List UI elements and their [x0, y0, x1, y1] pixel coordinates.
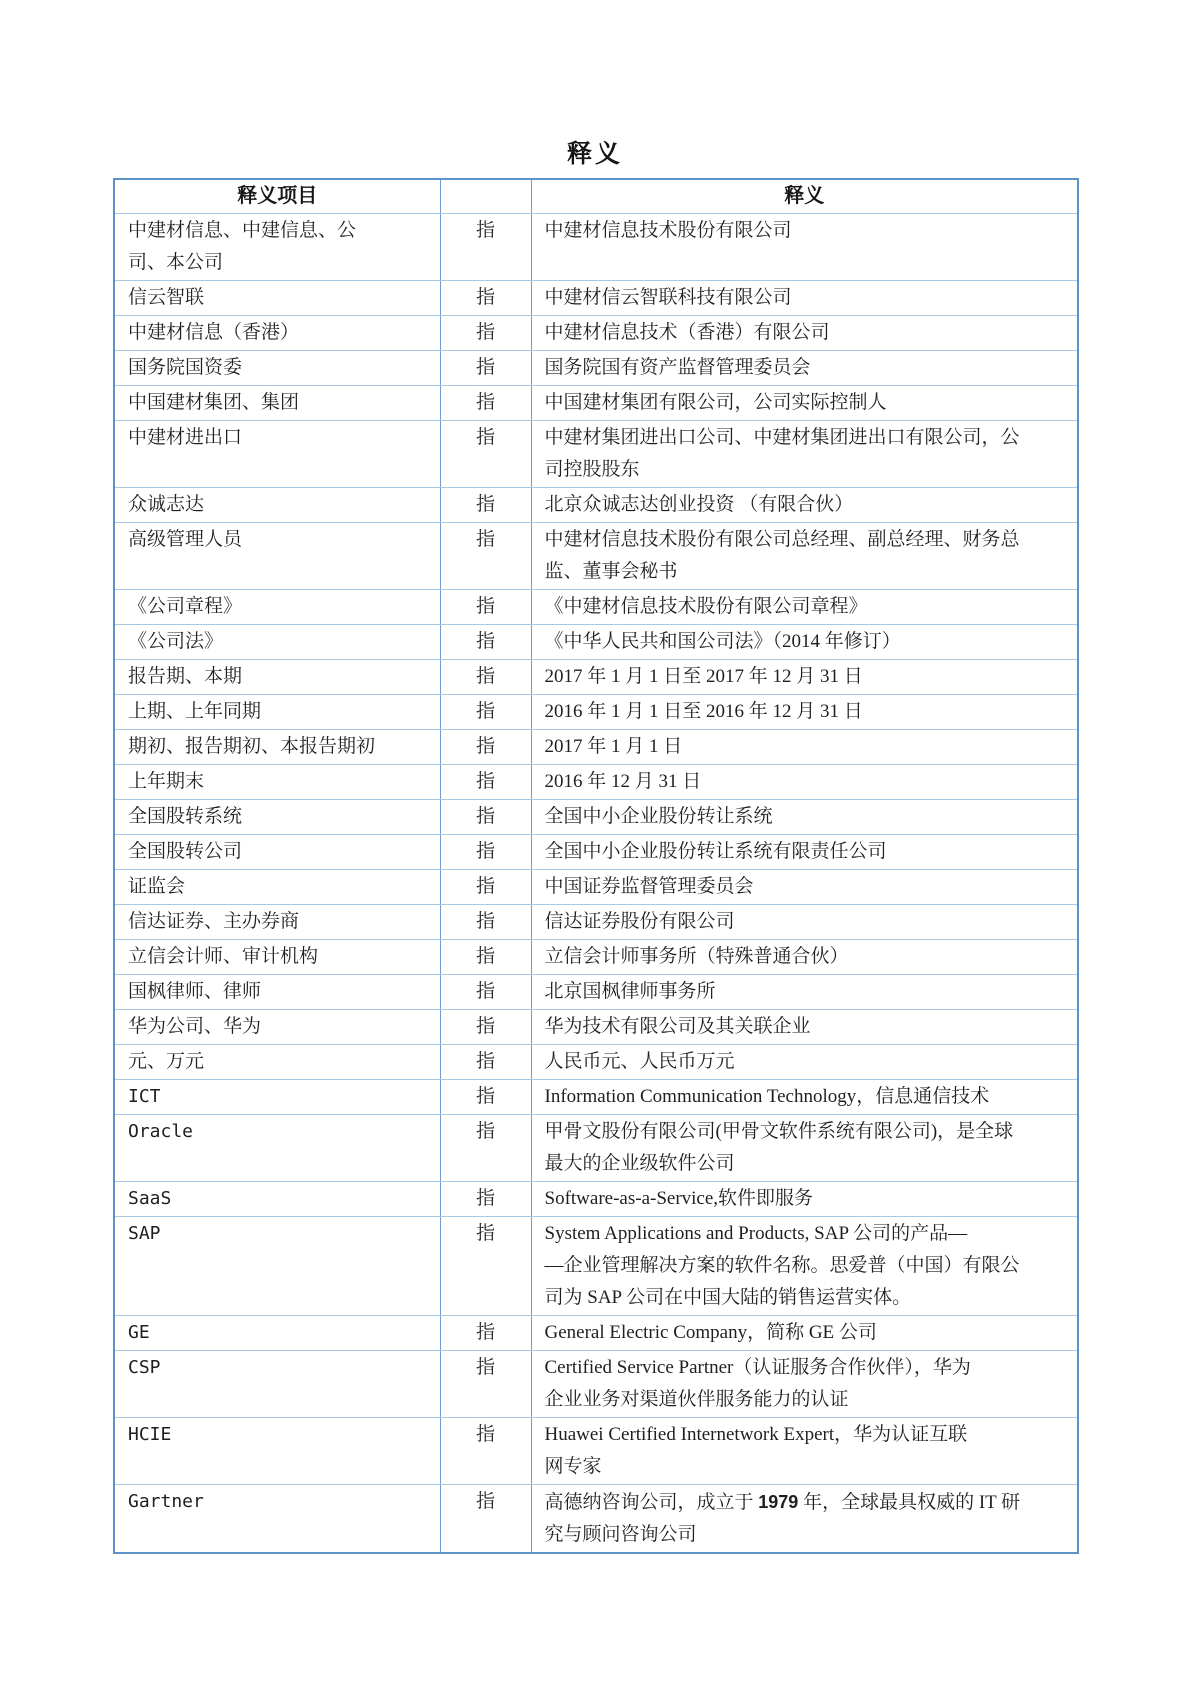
table-row: 中建材信息（香港） 指 中建材信息技术（香港）有限公司: [114, 316, 1078, 351]
refers-cell: 指: [440, 1485, 531, 1554]
refers-cell: 指: [440, 386, 531, 421]
term-cell: 高级管理人员: [114, 523, 440, 590]
term-cell: 中建材信息（香港）: [114, 316, 440, 351]
term-cell: 全国股转公司: [114, 835, 440, 870]
term-cell: SAP: [114, 1217, 440, 1316]
table-header-row: 释义项目 释义: [114, 179, 1078, 214]
refers-cell: 指: [440, 800, 531, 835]
table-row: SAP 指 System Applications and Products, …: [114, 1217, 1078, 1316]
table-row: 全国股转系统 指 全国中小企业股份转让系统: [114, 800, 1078, 835]
refers-cell: 指: [440, 870, 531, 905]
header-cell-definition: 释义: [531, 179, 1078, 214]
term-cell: 元、万元: [114, 1045, 440, 1080]
term-cell: 中国建材集团、集团: [114, 386, 440, 421]
term-cell: ICT: [114, 1080, 440, 1115]
table-row: HCIE 指 Huawei Certified Internetwork Exp…: [114, 1418, 1078, 1485]
definition-cell: 华为技术有限公司及其关联企业: [531, 1010, 1078, 1045]
table-row: 立信会计师、审计机构 指 立信会计师事务所（特殊普通合伙）: [114, 940, 1078, 975]
document-page: 释义 释义项目 释义 中建材信息、中建信息、公 司、本公司 指 中建材信息技术股…: [0, 0, 1200, 1697]
table-row: Gartner 指 高德纳咨询公司，成立于 1979 年，全球最具权威的 IT …: [114, 1485, 1078, 1554]
table-row: 中建材信息、中建信息、公 司、本公司 指 中建材信息技术股份有限公司: [114, 214, 1078, 281]
table-body: 中建材信息、中建信息、公 司、本公司 指 中建材信息技术股份有限公司 信云智联 …: [114, 214, 1078, 1554]
term-cell: 华为公司、华为: [114, 1010, 440, 1045]
refers-cell: 指: [440, 1115, 531, 1182]
term-cell: 信云智联: [114, 281, 440, 316]
table-row: 《公司法》 指 《中华人民共和国公司法》（2014 年修订）: [114, 625, 1078, 660]
definition-cell: 中国证券监督管理委员会: [531, 870, 1078, 905]
refers-cell: 指: [440, 281, 531, 316]
refers-cell: 指: [440, 1418, 531, 1485]
refers-cell: 指: [440, 940, 531, 975]
table-row: 中建材进出口 指 中建材集团进出口公司、中建材集团进出口有限公司，公 司控股股东: [114, 421, 1078, 488]
term-cell: 期初、报告期初、本报告期初: [114, 730, 440, 765]
term-cell: SaaS: [114, 1182, 440, 1217]
refers-cell: 指: [440, 1316, 531, 1351]
refers-cell: 指: [440, 1045, 531, 1080]
definition-bold-segment: 1979: [758, 1492, 798, 1512]
table-row: CSP 指 Certified Service Partner（认证服务合作伙伴…: [114, 1351, 1078, 1418]
table-row: 全国股转公司 指 全国中小企业股份转让系统有限责任公司: [114, 835, 1078, 870]
definition-cell: 中建材信息技术股份有限公司总经理、副总经理、财务总 监、董事会秘书: [531, 523, 1078, 590]
page-title: 释义: [113, 134, 1077, 170]
term-cell: 众诚志达: [114, 488, 440, 523]
table-row: 华为公司、华为 指 华为技术有限公司及其关联企业: [114, 1010, 1078, 1045]
table-row: ICT 指 Information Communication Technolo…: [114, 1080, 1078, 1115]
header-cell-item: 释义项目: [114, 179, 440, 214]
table-row: 《公司章程》 指 《中建材信息技术股份有限公司章程》: [114, 590, 1078, 625]
term-cell: 国枫律师、律师: [114, 975, 440, 1010]
refers-cell: 指: [440, 351, 531, 386]
refers-cell: 指: [440, 730, 531, 765]
term-cell: 上年期末: [114, 765, 440, 800]
definitions-table: 释义项目 释义 中建材信息、中建信息、公 司、本公司 指 中建材信息技术股份有限…: [113, 178, 1079, 1554]
definition-cell: 2016 年 1 月 1 日至 2016 年 12 月 31 日: [531, 695, 1078, 730]
definition-cell: System Applications and Products, SAP 公司…: [531, 1217, 1078, 1316]
table-row: 上期、上年同期 指 2016 年 1 月 1 日至 2016 年 12 月 31…: [114, 695, 1078, 730]
refers-cell: 指: [440, 975, 531, 1010]
term-cell: 国务院国资委: [114, 351, 440, 386]
definition-cell: 中建材信云智联科技有限公司: [531, 281, 1078, 316]
definition-cell: 《中华人民共和国公司法》（2014 年修订）: [531, 625, 1078, 660]
refers-cell: 指: [440, 1217, 531, 1316]
term-cell: 报告期、本期: [114, 660, 440, 695]
definition-cell: 2017 年 1 月 1 日至 2017 年 12 月 31 日: [531, 660, 1078, 695]
definition-cell: 2017 年 1 月 1 日: [531, 730, 1078, 765]
term-cell: 证监会: [114, 870, 440, 905]
term-cell: 中建材信息、中建信息、公 司、本公司: [114, 214, 440, 281]
table-header: 释义项目 释义: [114, 179, 1078, 214]
refers-cell: 指: [440, 1010, 531, 1045]
refers-cell: 指: [440, 1182, 531, 1217]
definition-cell: Huawei Certified Internetwork Expert，华为认…: [531, 1418, 1078, 1485]
refers-cell: 指: [440, 488, 531, 523]
table-row: 上年期末 指 2016 年 12 月 31 日: [114, 765, 1078, 800]
definition-cell: 北京国枫律师事务所: [531, 975, 1078, 1010]
definition-cell: Certified Service Partner（认证服务合作伙伴），华为 企…: [531, 1351, 1078, 1418]
refers-cell: 指: [440, 523, 531, 590]
term-cell: HCIE: [114, 1418, 440, 1485]
table-row: 证监会 指 中国证券监督管理委员会: [114, 870, 1078, 905]
definition-cell: 信达证券股份有限公司: [531, 905, 1078, 940]
definition-cell: 中建材集团进出口公司、中建材集团进出口有限公司，公 司控股股东: [531, 421, 1078, 488]
term-cell: 立信会计师、审计机构: [114, 940, 440, 975]
definition-cell: Information Communication Technology，信息通…: [531, 1080, 1078, 1115]
definition-cell: 中建材信息技术股份有限公司: [531, 214, 1078, 281]
table-row: SaaS 指 Software-as-a-Service,软件即服务: [114, 1182, 1078, 1217]
table-row: 中国建材集团、集团 指 中国建材集团有限公司，公司实际控制人: [114, 386, 1078, 421]
definition-cell: 全国中小企业股份转让系统: [531, 800, 1078, 835]
refers-cell: 指: [440, 214, 531, 281]
refers-cell: 指: [440, 905, 531, 940]
definition-cell: 中建材信息技术（香港）有限公司: [531, 316, 1078, 351]
refers-cell: 指: [440, 1080, 531, 1115]
table-row: 期初、报告期初、本报告期初 指 2017 年 1 月 1 日: [114, 730, 1078, 765]
header-cell-refers: [440, 179, 531, 214]
table-row: 国枫律师、律师 指 北京国枫律师事务所: [114, 975, 1078, 1010]
term-cell: 信达证券、主办券商: [114, 905, 440, 940]
table-row: Oracle 指 甲骨文股份有限公司(甲骨文软件系统有限公司)，是全球 最大的企…: [114, 1115, 1078, 1182]
table-row: 高级管理人员 指 中建材信息技术股份有限公司总经理、副总经理、财务总 监、董事会…: [114, 523, 1078, 590]
definition-cell: General Electric Company，简称 GE 公司: [531, 1316, 1078, 1351]
refers-cell: 指: [440, 660, 531, 695]
definition-cell: 甲骨文股份有限公司(甲骨文软件系统有限公司)，是全球 最大的企业级软件公司: [531, 1115, 1078, 1182]
definition-segment: 高德纳咨询公司，成立于: [545, 1492, 759, 1513]
refers-cell: 指: [440, 1351, 531, 1418]
refers-cell: 指: [440, 835, 531, 870]
term-cell: CSP: [114, 1351, 440, 1418]
term-cell: 中建材进出口: [114, 421, 440, 488]
refers-cell: 指: [440, 421, 531, 488]
table-row: 报告期、本期 指 2017 年 1 月 1 日至 2017 年 12 月 31 …: [114, 660, 1078, 695]
table-row: 信云智联 指 中建材信云智联科技有限公司: [114, 281, 1078, 316]
definition-cell: 中国建材集团有限公司，公司实际控制人: [531, 386, 1078, 421]
refers-cell: 指: [440, 765, 531, 800]
term-cell: 《公司章程》: [114, 590, 440, 625]
table-row: 国务院国资委 指 国务院国有资产监督管理委员会: [114, 351, 1078, 386]
table-row: GE 指 General Electric Company，简称 GE 公司: [114, 1316, 1078, 1351]
term-cell: 上期、上年同期: [114, 695, 440, 730]
term-cell: Oracle: [114, 1115, 440, 1182]
definition-cell: Software-as-a-Service,软件即服务: [531, 1182, 1078, 1217]
term-cell: GE: [114, 1316, 440, 1351]
definition-cell: 国务院国有资产监督管理委员会: [531, 351, 1078, 386]
term-cell: 全国股转系统: [114, 800, 440, 835]
table-row: 信达证券、主办券商 指 信达证券股份有限公司: [114, 905, 1078, 940]
refers-cell: 指: [440, 316, 531, 351]
definition-cell: 立信会计师事务所（特殊普通合伙）: [531, 940, 1078, 975]
definition-cell: 2016 年 12 月 31 日: [531, 765, 1078, 800]
term-cell: 《公司法》: [114, 625, 440, 660]
definition-cell: 《中建材信息技术股份有限公司章程》: [531, 590, 1078, 625]
term-cell: Gartner: [114, 1485, 440, 1554]
definition-cell: 全国中小企业股份转让系统有限责任公司: [531, 835, 1078, 870]
definition-cell: 高德纳咨询公司，成立于 1979 年，全球最具权威的 IT 研 究与顾问咨询公司: [531, 1485, 1078, 1554]
table-row: 元、万元 指 人民币元、人民币万元: [114, 1045, 1078, 1080]
refers-cell: 指: [440, 625, 531, 660]
table-row: 众诚志达 指 北京众诚志达创业投资 （有限合伙）: [114, 488, 1078, 523]
definition-cell: 北京众诚志达创业投资 （有限合伙）: [531, 488, 1078, 523]
refers-cell: 指: [440, 695, 531, 730]
refers-cell: 指: [440, 590, 531, 625]
definition-cell: 人民币元、人民币万元: [531, 1045, 1078, 1080]
